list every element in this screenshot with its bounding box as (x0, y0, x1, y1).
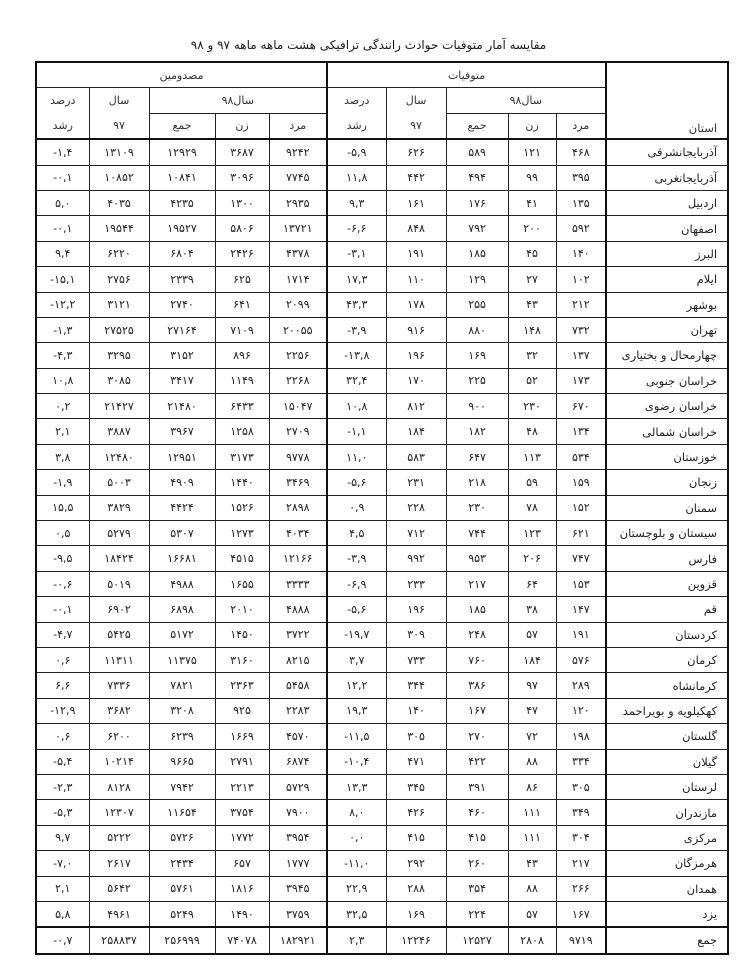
injured-growth-cell: ۱۲,۹- (36, 698, 89, 723)
fatalities-male-cell: ۲۱۲ (556, 292, 606, 317)
fatalities-female-cell: ۱۱۱ (508, 800, 556, 825)
fatalities-total-cell: ۷۴۴ (446, 521, 508, 546)
injured-growth-cell: ۰,۶ (36, 724, 89, 749)
injured-growth-cell: ۵,۴- (36, 749, 89, 774)
table-row: فارس۷۴۷۲۰۶۹۵۳۹۹۲۳,۹-۱۲۱۶۶۴۵۱۵۱۶۶۸۱۱۸۴۲۴۹… (36, 546, 728, 571)
header-f-year97: ۹۷ (386, 113, 446, 139)
province-cell: سمنان (606, 495, 728, 520)
fatalities-male-cell: ۳۴۹ (556, 800, 606, 825)
header-i-growth: رشد (36, 113, 89, 139)
injured-year97-cell: ۵۲۲۲ (89, 825, 149, 850)
fatalities-male-cell: ۱۶۷ (556, 901, 606, 927)
injured-year97-cell: ۱۸۴۲۴ (89, 546, 149, 571)
fatalities-total-cell: ۱۶۷ (446, 698, 508, 723)
table-row: لرستان۳۰۵۸۶۳۹۱۳۴۵۱۳,۳۵۷۲۹۲۲۱۳۷۹۴۲۸۱۲۸۲,۳… (36, 774, 728, 799)
fatalities-male-cell: ۲۸۹ (556, 673, 606, 698)
province-cell: همدان (606, 876, 728, 901)
injured-total-cell: ۴۹۸۸ (149, 571, 215, 596)
fatalities-female-cell: ۹۹ (508, 165, 556, 190)
injured-male-cell: ۴۰۳۴ (269, 521, 327, 546)
header-f-male: مرد (556, 113, 606, 139)
province-cell: هرمزگان (606, 851, 728, 876)
fatalities-male-cell: ۱۹۱ (556, 622, 606, 647)
injured-male-cell: ۳۷۲۲ (269, 622, 327, 647)
fatalities-growth-cell: ۵,۶- (327, 470, 386, 495)
injured-growth-cell: ۱,۹- (36, 470, 89, 495)
province-cell: کهکیلویه و بویراحمد (606, 698, 728, 723)
injured-growth-cell: ۴,۳- (36, 343, 89, 368)
fatalities-female-cell: ۲۷ (508, 267, 556, 292)
province-cell: سیستان و بلوچستان (606, 521, 728, 546)
injured-growth-cell: ۱۲,۲- (36, 292, 89, 317)
fatalities-year97-cell: ۳۴۴ (386, 673, 446, 698)
injured-growth-cell: ۱,۴- (36, 139, 89, 165)
injured-female-cell: ۱۲۵۸ (215, 419, 269, 444)
fatalities-female-cell: ۵۷ (508, 901, 556, 927)
table-row: کهکیلویه و بویراحمد۱۲۰۴۷۱۶۷۱۴۰۱۹,۳۲۲۸۳۹۲… (36, 698, 728, 723)
injured-growth-cell: ۳,۸ (36, 444, 89, 469)
injured-male-cell: ۵۴۵۸ (269, 673, 327, 698)
fatalities-growth-cell: ۱۳,۸- (327, 343, 386, 368)
fatalities-male-cell: ۳۰۴ (556, 825, 606, 850)
fatalities-male-cell: ۹۷۱۹ (556, 927, 606, 953)
fatalities-male-cell: ۱۴۰ (556, 241, 606, 266)
injured-growth-cell: ۲,۱ (36, 876, 89, 901)
fatalities-female-cell: ۸۶ (508, 774, 556, 799)
fatalities-growth-cell: ۱,۱- (327, 419, 386, 444)
injured-total-cell: ۵۷۶۱ (149, 876, 215, 901)
injured-male-cell: ۳۷۵۹ (269, 901, 327, 927)
fatalities-growth-cell: ۱۷,۳ (327, 267, 386, 292)
injured-male-cell: ۲۸۹۸ (269, 495, 327, 520)
province-cell: بوشهر (606, 292, 728, 317)
injured-year97-cell: ۱۰۲۱۴ (89, 749, 149, 774)
fatalities-year97-cell: ۴۲۶ (386, 800, 446, 825)
fatalities-male-cell: ۱۹۸ (556, 724, 606, 749)
injured-total-cell: ۴۴۲۴ (149, 495, 215, 520)
injured-growth-cell: ۹,۷ (36, 825, 89, 850)
table-row: آذربایجانشرقی۴۶۸۱۲۱۵۸۹۶۲۶۵,۹-۹۲۴۲۳۶۸۷۱۲۹… (36, 139, 728, 165)
fatalities-year97-cell: ۲۸۸ (386, 876, 446, 901)
fatalities-male-cell: ۲۶۶ (556, 876, 606, 901)
fatalities-year97-cell: ۳۰۵ (386, 724, 446, 749)
fatalities-male-cell: ۳۹۵ (556, 165, 606, 190)
fatalities-female-cell: ۲۸۰۸ (508, 927, 556, 953)
fatalities-year97-cell: ۳۰۹ (386, 622, 446, 647)
injured-year97-cell: ۵۰۱۹ (89, 571, 149, 596)
table-row: سیستان و بلوچستان۶۲۱۱۲۳۷۴۴۷۱۲۴,۵۴۰۳۴۱۲۷۳… (36, 521, 728, 546)
injured-female-cell: ۷۴۰۷۸ (215, 927, 269, 953)
table-row: قزوین۱۵۳۶۴۲۱۷۲۳۳۶,۹-۳۳۳۳۱۶۵۵۴۹۸۸۵۰۱۹۰,۶- (36, 571, 728, 596)
header-f-total: جمع (446, 113, 508, 139)
fatalities-female-cell: ۷۸ (508, 495, 556, 520)
fatalities-total-cell: ۷۶۰ (446, 647, 508, 672)
fatalities-total-cell: ۵۸۹ (446, 139, 508, 165)
injured-male-cell: ۴۸۸۸ (269, 597, 327, 622)
injured-year97-cell: ۶۲۰۰ (89, 724, 149, 749)
injured-total-cell: ۷۸۲۱ (149, 673, 215, 698)
fatalities-year97-cell: ۱۱۰ (386, 267, 446, 292)
injured-growth-cell: ۱۰,۸ (36, 368, 89, 393)
province-cell: کرمان (606, 647, 728, 672)
fatalities-growth-cell: ۶,۹- (327, 571, 386, 596)
injured-male-cell: ۲۰۹۹ (269, 292, 327, 317)
injured-male-cell: ۱۵۰۴۷ (269, 394, 327, 419)
injured-year97-cell: ۳۰۸۵ (89, 368, 149, 393)
injured-year97-cell: ۱۹۵۴۴ (89, 216, 149, 241)
injured-year97-cell: ۵۴۲۵ (89, 622, 149, 647)
injured-female-cell: ۲۷۹۱ (215, 749, 269, 774)
header-i-year98: سال۹۸ (149, 88, 327, 113)
injured-female-cell: ۵۸۰۶ (215, 216, 269, 241)
fatalities-growth-cell: ۴۳,۳ (327, 292, 386, 317)
injured-growth-cell: ۰,۵ (36, 521, 89, 546)
fatalities-female-cell: ۴۳ (508, 292, 556, 317)
header-fatalities: متوفیات (327, 62, 606, 88)
injured-year97-cell: ۲۷۵۶ (89, 267, 149, 292)
injured-total-cell: ۱۶۶۸۱ (149, 546, 215, 571)
table-row: اصفهان۵۹۲۲۰۰۷۹۲۸۴۸۶,۶-۱۳۷۲۱۵۸۰۶۱۹۵۲۷۱۹۵۴… (36, 216, 728, 241)
fatalities-total-cell: ۷۹۲ (446, 216, 508, 241)
injured-total-cell: ۲۳۳۹ (149, 267, 215, 292)
fatalities-year97-cell: ۵۸۳ (386, 444, 446, 469)
header-i-male: مرد (269, 113, 327, 139)
injured-year97-cell: ۲۷۵۲۵ (89, 317, 149, 342)
fatalities-female-cell: ۴۵ (508, 241, 556, 266)
fatalities-male-cell: ۱۲۰ (556, 698, 606, 723)
injured-total-cell: ۴۲۳۵ (149, 190, 215, 215)
table-title: مقایسه آمار متوفیات حوادث رانندگی ترافیک… (0, 38, 737, 52)
table-row: تهران۷۳۲۱۴۸۸۸۰۹۱۶۳,۹-۲۰۰۵۵۷۱۰۹۲۷۱۶۴۲۷۵۲۵… (36, 317, 728, 342)
injured-male-cell: ۵۷۲۹ (269, 774, 327, 799)
fatalities-total-cell: ۱۸۵ (446, 597, 508, 622)
fatalities-growth-cell: ۱۹,۷- (327, 622, 386, 647)
fatalities-growth-cell: ۵,۶- (327, 597, 386, 622)
table-row: خراسان جنوبی۱۷۳۵۲۲۲۵۱۷۰۳۲,۴۲۲۶۸۱۱۴۹۳۴۱۷۳… (36, 368, 728, 393)
table-row: کردستان۱۹۱۵۷۲۴۸۳۰۹۱۹,۷-۳۷۲۲۱۴۵۰۵۱۷۲۵۴۲۵۴… (36, 622, 728, 647)
injured-female-cell: ۳۱۶۰ (215, 647, 269, 672)
injured-growth-cell: ۰,۶- (36, 571, 89, 596)
province-cell: خراسان رضوی (606, 394, 728, 419)
fatalities-year97-cell: ۴۷۱ (386, 749, 446, 774)
fatalities-male-cell: ۱۷۳ (556, 368, 606, 393)
injured-female-cell: ۳۱۷۳ (215, 444, 269, 469)
injured-growth-cell: ۹,۵- (36, 546, 89, 571)
injured-total-cell: ۲۵۶۹۹۹ (149, 927, 215, 953)
fatalities-total-cell: ۲۵۵ (446, 292, 508, 317)
fatalities-growth-cell: ۳,۱- (327, 241, 386, 266)
table-row: سمنان۱۵۲۷۸۲۳۰۲۲۸۰,۹۲۸۹۸۱۵۲۶۴۴۲۴۳۸۲۹۱۵,۵ (36, 495, 728, 520)
header-f-percent: درصد (327, 88, 386, 113)
injured-female-cell: ۱۳۰۰ (215, 190, 269, 215)
fatalities-growth-cell: ۶,۶- (327, 216, 386, 241)
injured-year97-cell: ۳۸۲۹ (89, 495, 149, 520)
fatalities-male-cell: ۷۴۷ (556, 546, 606, 571)
table-row: همدان۲۶۶۸۸۳۵۴۲۸۸۲۲,۹۳۹۴۵۱۸۱۶۵۷۶۱۵۶۴۲۲,۱ (36, 876, 728, 901)
fatalities-growth-cell: ۱۹,۳ (327, 698, 386, 723)
injured-female-cell: ۶۲۵ (215, 267, 269, 292)
fatalities-female-cell: ۶۴ (508, 571, 556, 596)
injured-year97-cell: ۵۲۷۹ (89, 521, 149, 546)
injured-female-cell: ۲۴۲۶ (215, 241, 269, 266)
injured-total-cell: ۱۰۸۴۱ (149, 165, 215, 190)
fatalities-total-cell: ۲۲۴ (446, 901, 508, 927)
province-cell: کرمانشاه (606, 673, 728, 698)
fatalities-total-cell: ۱۶۹ (446, 343, 508, 368)
injured-growth-cell: ۵,۰ (36, 190, 89, 215)
fatalities-growth-cell: ۱۱,۰- (327, 851, 386, 876)
fatalities-year97-cell: ۱۴۰ (386, 698, 446, 723)
table-row: خوزستان۵۳۴۱۱۳۶۴۷۵۸۳۱۱,۰۹۷۷۸۳۱۷۳۱۲۹۵۱۱۲۴۸… (36, 444, 728, 469)
injured-female-cell: ۶۴۳۳ (215, 394, 269, 419)
fatalities-total-cell: ۱۸۵ (446, 241, 508, 266)
fatalities-growth-cell: ۳,۷ (327, 647, 386, 672)
province-cell: قم (606, 597, 728, 622)
injured-year97-cell: ۱۲۴۸۰ (89, 444, 149, 469)
fatalities-year97-cell: ۱۹۱ (386, 241, 446, 266)
injured-growth-cell: ۰,۶ (36, 647, 89, 672)
fatalities-growth-cell: ۴,۵ (327, 521, 386, 546)
injured-female-cell: ۱۸۱۶ (215, 876, 269, 901)
province-cell: خوزستان (606, 444, 728, 469)
injured-year97-cell: ۱۳۱۰۹ (89, 139, 149, 165)
fatalities-total-cell: ۱۸۲ (446, 419, 508, 444)
province-cell: آذربایجانغربی (606, 165, 728, 190)
injured-female-cell: ۸۹۶ (215, 343, 269, 368)
injured-male-cell: ۱۸۲۹۲۱ (269, 927, 327, 953)
fatalities-female-cell: ۳۸ (508, 597, 556, 622)
fatalities-female-cell: ۸۸ (508, 749, 556, 774)
province-cell: گیلان (606, 749, 728, 774)
injured-year97-cell: ۱۲۳۰۷ (89, 800, 149, 825)
injured-female-cell: ۳۶۸۷ (215, 139, 269, 165)
province-cell: لرستان (606, 774, 728, 799)
header-i-female: زن (215, 113, 269, 139)
province-cell: مرکزی (606, 825, 728, 850)
fatalities-total-cell: ۲۴۸ (446, 622, 508, 647)
injured-total-cell: ۲۱۴۸۰ (149, 394, 215, 419)
fatalities-total-cell: ۲۳۰ (446, 495, 508, 520)
province-cell: یزد (606, 901, 728, 927)
injured-total-cell: ۲۷۱۶۴ (149, 317, 215, 342)
injured-year97-cell: ۲۶۱۷ (89, 851, 149, 876)
fatalities-growth-cell: ۳,۹- (327, 317, 386, 342)
fatalities-growth-cell: ۳۲,۵ (327, 901, 386, 927)
fatalities-total-cell: ۴۶۰ (446, 800, 508, 825)
table-row: گلستان۱۹۸۷۲۲۷۰۳۰۵۱۱,۵-۴۵۷۰۱۶۶۹۶۲۳۹۶۲۰۰۰,… (36, 724, 728, 749)
injured-female-cell: ۶۴۱ (215, 292, 269, 317)
injured-male-cell: ۲۲۵۶ (269, 343, 327, 368)
fatalities-female-cell: ۱۴۸ (508, 317, 556, 342)
fatalities-growth-cell: ۰,۹ (327, 495, 386, 520)
injured-male-cell: ۹۷۷۸ (269, 444, 327, 469)
fatalities-male-cell: ۳۰۵ (556, 774, 606, 799)
table-row: مرکزی۳۰۴۱۱۱۴۱۵۴۱۵۰,۰۳۹۵۴۱۷۷۲۵۷۲۶۵۲۲۲۹,۷ (36, 825, 728, 850)
table-row: گیلان۳۳۴۸۸۴۲۲۴۷۱۱۰,۴-۶۸۷۴۲۷۹۱۹۶۶۵۱۰۲۱۴۵,… (36, 749, 728, 774)
injured-male-cell: ۲۷۰۹ (269, 419, 327, 444)
injured-total-cell: ۳۴۱۷ (149, 368, 215, 393)
injured-male-cell: ۱۲۱۶۶ (269, 546, 327, 571)
header-i-total: جمع (149, 113, 215, 139)
province-cell: قزوین (606, 571, 728, 596)
injured-female-cell: ۹۲۵ (215, 698, 269, 723)
fatalities-female-cell: ۹۷ (508, 673, 556, 698)
fatalities-year97-cell: ۱۸۴ (386, 419, 446, 444)
fatalities-growth-cell: ۱۲,۲ (327, 673, 386, 698)
injured-total-cell: ۵۲۴۹ (149, 901, 215, 927)
injured-male-cell: ۲۹۳۵ (269, 190, 327, 215)
fatalities-year97-cell: ۸۱۲ (386, 394, 446, 419)
table-row: کرمانشاه۲۸۹۹۷۳۸۶۳۴۴۱۲,۲۵۴۵۸۲۳۶۳۷۸۲۱۷۳۳۶۶… (36, 673, 728, 698)
injured-male-cell: ۸۲۱۵ (269, 647, 327, 672)
fatalities-total-cell: ۲۱۷ (446, 571, 508, 596)
province-cell: زنجان (606, 470, 728, 495)
province-cell: کردستان (606, 622, 728, 647)
table-row: هرمزگان۲۱۷۴۳۲۶۰۲۹۲۱۱,۰-۱۷۷۷۶۵۷۲۴۳۴۲۶۱۷۷,… (36, 851, 728, 876)
injured-female-cell: ۱۵۲۶ (215, 495, 269, 520)
injured-year97-cell: ۳۱۲۱ (89, 292, 149, 317)
header-f-year-label: سال (386, 88, 446, 113)
fatalities-growth-cell: ۱۱,۰ (327, 444, 386, 469)
fatalities-growth-cell: ۱۱,۸ (327, 165, 386, 190)
fatalities-year97-cell: ۲۹۲ (386, 851, 446, 876)
injured-growth-cell: ۰,۱- (36, 216, 89, 241)
fatalities-year97-cell: ۸۴۸ (386, 216, 446, 241)
injured-total-cell: ۹۶۶۵ (149, 749, 215, 774)
table-row: خراسان شمالی۱۳۴۴۸۱۸۲۱۸۴۱,۱-۲۷۰۹۱۲۵۸۳۹۶۷۳… (36, 419, 728, 444)
injured-total-cell: ۱۱۶۵۴ (149, 800, 215, 825)
injured-year97-cell: ۸۱۲۸ (89, 774, 149, 799)
fatalities-female-cell: ۵۹ (508, 470, 556, 495)
injured-total-cell: ۶۸۰۴ (149, 241, 215, 266)
fatalities-female-cell: ۱۲۳ (508, 521, 556, 546)
fatalities-growth-cell: ۱۰,۴- (327, 749, 386, 774)
header-province: استان (606, 62, 728, 139)
injured-female-cell: ۲۳۶۳ (215, 673, 269, 698)
header-f-female: زن (508, 113, 556, 139)
fatalities-growth-cell: ۱۰,۸ (327, 394, 386, 419)
fatalities-total-cell: ۱۲۵۲۷ (446, 927, 508, 953)
fatalities-male-cell: ۱۳۵ (556, 190, 606, 215)
injured-growth-cell: ۵,۳- (36, 800, 89, 825)
fatalities-year97-cell: ۱۶۹ (386, 901, 446, 927)
fatalities-year97-cell: ۱۲۲۴۶ (386, 927, 446, 953)
fatalities-female-cell: ۸۸ (508, 876, 556, 901)
injured-male-cell: ۷۹۰۰ (269, 800, 327, 825)
table-row: زنجان۱۵۹۵۹۲۱۸۲۳۱۵,۶-۳۴۶۹۱۴۴۰۴۹۰۹۵۰۰۳۱,۹- (36, 470, 728, 495)
fatalities-male-cell: ۶۲۱ (556, 521, 606, 546)
injured-year97-cell: ۷۳۳۶ (89, 673, 149, 698)
fatalities-female-cell: ۱۸۴ (508, 647, 556, 672)
injured-growth-cell: ۷,۰- (36, 851, 89, 876)
fatalities-total-cell: ۲۶۰ (446, 851, 508, 876)
injured-growth-cell: ۲,۱ (36, 419, 89, 444)
injured-female-cell: ۱۴۴۰ (215, 470, 269, 495)
fatalities-growth-cell: ۹,۳ (327, 190, 386, 215)
fatalities-year97-cell: ۱۶۱ (386, 190, 446, 215)
injured-male-cell: ۶۸۷۴ (269, 749, 327, 774)
fatalities-year97-cell: ۴۴۲ (386, 165, 446, 190)
injured-total-cell: ۱۲۹۲۹ (149, 139, 215, 165)
fatalities-male-cell: ۷۳۲ (556, 317, 606, 342)
injured-total-cell: ۵۷۲۶ (149, 825, 215, 850)
table-row: چهارمحال و بختیاری۱۳۷۳۲۱۶۹۱۹۶۱۳,۸-۲۲۵۶۸۹… (36, 343, 728, 368)
fatalities-total-cell: ۶۴۷ (446, 444, 508, 469)
injured-female-cell: ۴۵۱۵ (215, 546, 269, 571)
injured-female-cell: ۳۰۹۶ (215, 165, 269, 190)
header-f-growth: رشد (327, 113, 386, 139)
fatalities-total-cell: ۳۵۴ (446, 876, 508, 901)
fatalities-female-cell: ۷۲ (508, 724, 556, 749)
fatalities-growth-cell: ۲,۳ (327, 927, 386, 953)
table-row: مازندران۳۴۹۱۱۱۴۶۰۴۲۶۸,۰۷۹۰۰۳۷۵۴۱۱۶۵۴۱۲۳۰… (36, 800, 728, 825)
injured-male-cell: ۴۳۷۸ (269, 241, 327, 266)
table-row: یزد۱۶۷۵۷۲۲۴۱۶۹۳۲,۵۳۷۵۹۱۴۹۰۵۲۴۹۴۹۶۱۵,۸ (36, 901, 728, 927)
injured-total-cell: ۱۲۹۵۱ (149, 444, 215, 469)
injured-male-cell: ۹۲۴۲ (269, 139, 327, 165)
table-row: اردبیل۱۳۵۴۱۱۷۶۱۶۱۹,۳۲۹۳۵۱۳۰۰۴۲۳۵۴۰۳۵۵,۰ (36, 190, 728, 215)
injured-growth-cell: ۰,۱- (36, 597, 89, 622)
province-cell: خراسان شمالی (606, 419, 728, 444)
injured-total-cell: ۵۱۷۲ (149, 622, 215, 647)
injured-year97-cell: ۴۹۶۱ (89, 901, 149, 927)
province-cell: اصفهان (606, 216, 728, 241)
table-row: آذربایجانغربی۳۹۵۹۹۴۹۴۴۴۲۱۱,۸۷۷۴۵۳۰۹۶۱۰۸۴… (36, 165, 728, 190)
injured-female-cell: ۱۲۷۳ (215, 521, 269, 546)
injured-total-cell: ۱۱۳۷۵ (149, 647, 215, 672)
fatalities-total-cell: ۹۰۰ (446, 394, 508, 419)
fatalities-total-cell: ۹۵۳ (446, 546, 508, 571)
province-cell: البرز (606, 241, 728, 266)
fatalities-year97-cell: ۲۳۳ (386, 571, 446, 596)
fatalities-growth-cell: ۸,۰ (327, 800, 386, 825)
injured-total-cell: ۶۸۹۸ (149, 597, 215, 622)
fatalities-year97-cell: ۲۳۱ (386, 470, 446, 495)
province-cell: ایلام (606, 267, 728, 292)
table-row: کرمان۵۷۶۱۸۴۷۶۰۷۳۳۳,۷۸۲۱۵۳۱۶۰۱۱۳۷۵۱۱۳۱۱۰,… (36, 647, 728, 672)
injured-year97-cell: ۶۹۰۲ (89, 597, 149, 622)
fatalities-growth-cell: ۱۱,۵- (327, 724, 386, 749)
fatalities-female-cell: ۴۷ (508, 698, 556, 723)
fatalities-male-cell: ۱۵۳ (556, 571, 606, 596)
injured-male-cell: ۷۷۴۵ (269, 165, 327, 190)
header-i-year97: ۹۷ (89, 113, 149, 139)
injured-growth-cell: ۹,۴ (36, 241, 89, 266)
fatalities-female-cell: ۴۳ (508, 851, 556, 876)
province-cell: جمع (606, 927, 728, 953)
table-row: خراسان رضوی۶۷۰۲۳۰۹۰۰۸۱۲۱۰,۸۱۵۰۴۷۶۴۳۳۲۱۴۸… (36, 394, 728, 419)
injured-female-cell: ۷۱۰۹ (215, 317, 269, 342)
fatalities-female-cell: ۲۰۰ (508, 216, 556, 241)
injured-male-cell: ۳۹۵۴ (269, 825, 327, 850)
table-row: ایلام۱۰۲۲۷۱۲۹۱۱۰۱۷,۳۱۷۱۴۶۲۵۲۳۳۹۲۷۵۶۱۵,۱- (36, 267, 728, 292)
fatalities-total-cell: ۲۷۰ (446, 724, 508, 749)
fatalities-male-cell: ۲۱۷ (556, 851, 606, 876)
province-cell: اردبیل (606, 190, 728, 215)
injured-male-cell: ۱۳۷۲۱ (269, 216, 327, 241)
injured-year97-cell: ۳۶۸۲ (89, 698, 149, 723)
fatalities-growth-cell: ۳۲,۴ (327, 368, 386, 393)
province-cell: چهارمحال و بختیاری (606, 343, 728, 368)
injured-year97-cell: ۱۱۳۱۱ (89, 647, 149, 672)
injured-growth-cell: ۱۵,۱- (36, 267, 89, 292)
injured-female-cell: ۳۷۵۴ (215, 800, 269, 825)
fatalities-female-cell: ۳۲ (508, 343, 556, 368)
fatalities-growth-cell: ۵,۹- (327, 139, 386, 165)
fatalities-female-cell: ۴۸ (508, 419, 556, 444)
injured-female-cell: ۱۶۵۵ (215, 571, 269, 596)
fatalities-year97-cell: ۳۴۵ (386, 774, 446, 799)
